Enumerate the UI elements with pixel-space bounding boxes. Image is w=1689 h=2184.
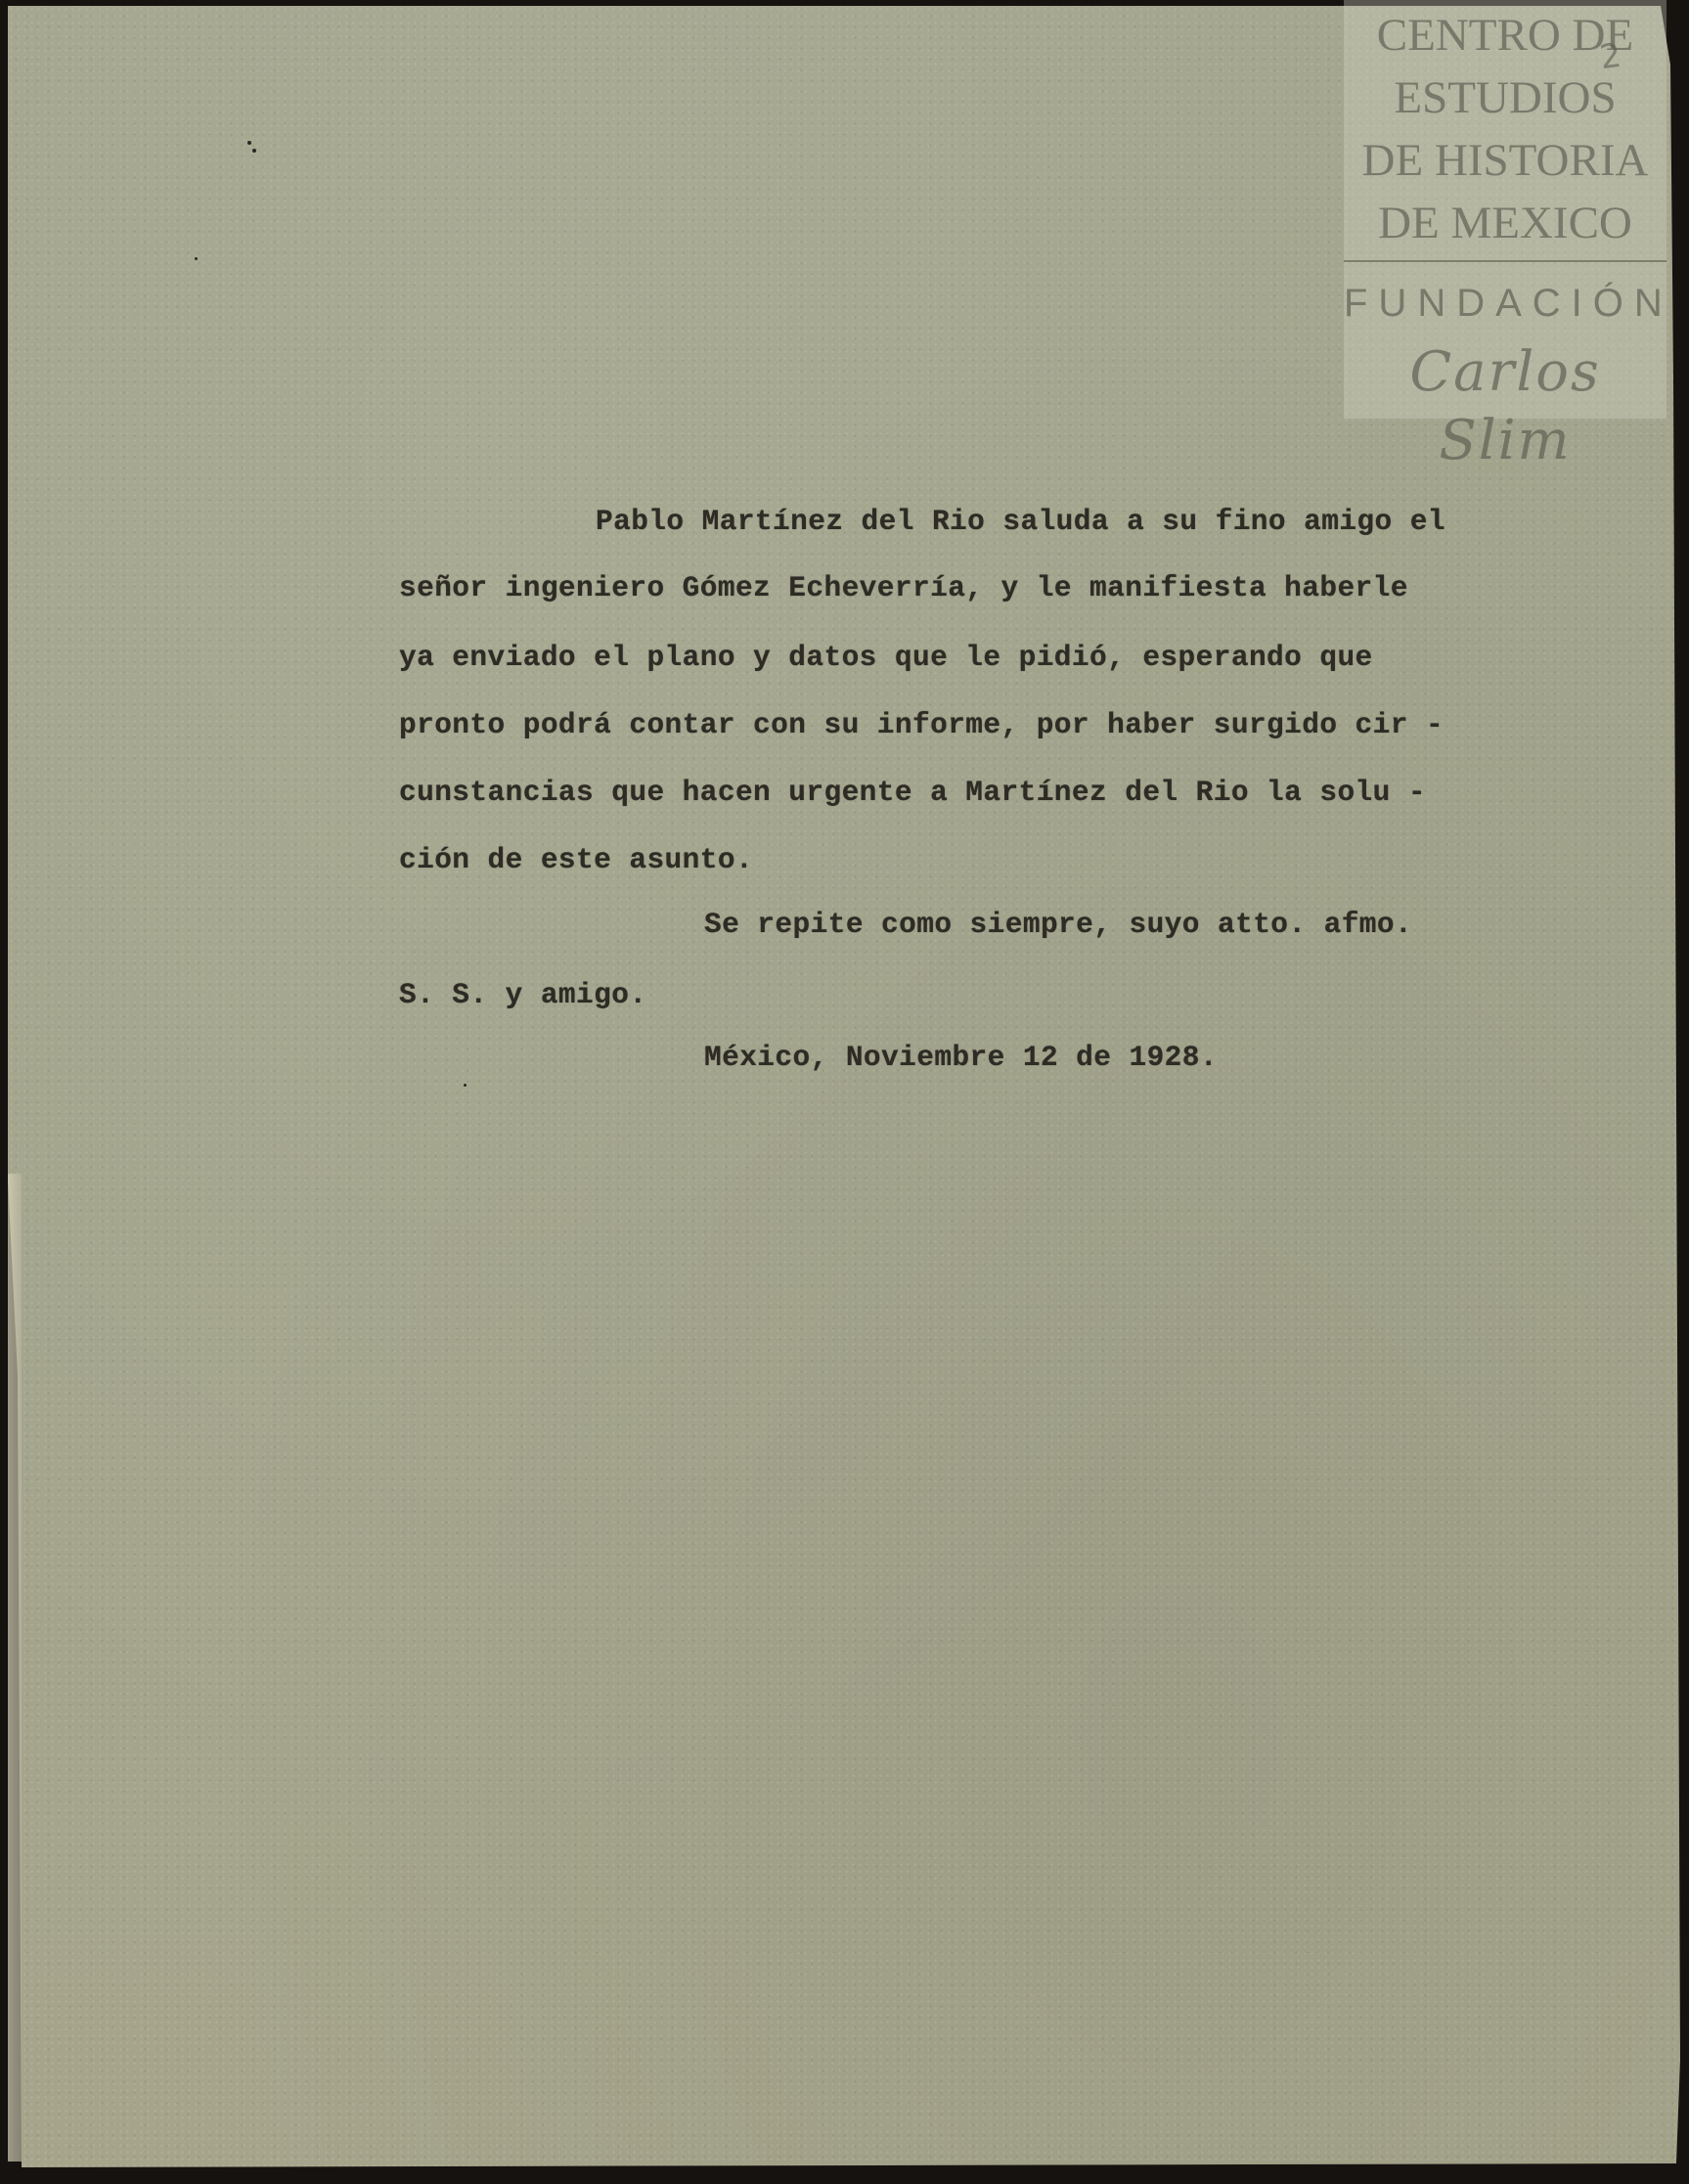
letter-closing: Se repite como siempre, suyo atto. afmo. [704, 908, 1412, 941]
letter-body-line: cunstancias que hacen urgente a Martínez… [399, 776, 1426, 809]
letter-body-line: Pablo Martínez del Rio saluda a su fino … [596, 505, 1445, 538]
letter-body-line: pronto podrá contar con su informe, por … [399, 708, 1444, 741]
letter-body-line: ya enviado el plano y datos que le pidió… [399, 641, 1373, 674]
letter-place-date: México, Noviembre 12 de 1928. [704, 1041, 1218, 1074]
scanned-document: CENTRO DE ESTUDIOS DE HISTORIA DE MEXICO… [0, 0, 1689, 2184]
typed-letter: Pablo Martínez del Rio saluda a su fino … [0, 0, 1689, 2184]
letter-closing-continuation: S. S. y amigo. [399, 978, 646, 1011]
letter-body-line: ción de este asunto. [399, 843, 753, 876]
letter-body-line: señor ingeniero Gómez Echeverría, y le m… [399, 571, 1408, 604]
